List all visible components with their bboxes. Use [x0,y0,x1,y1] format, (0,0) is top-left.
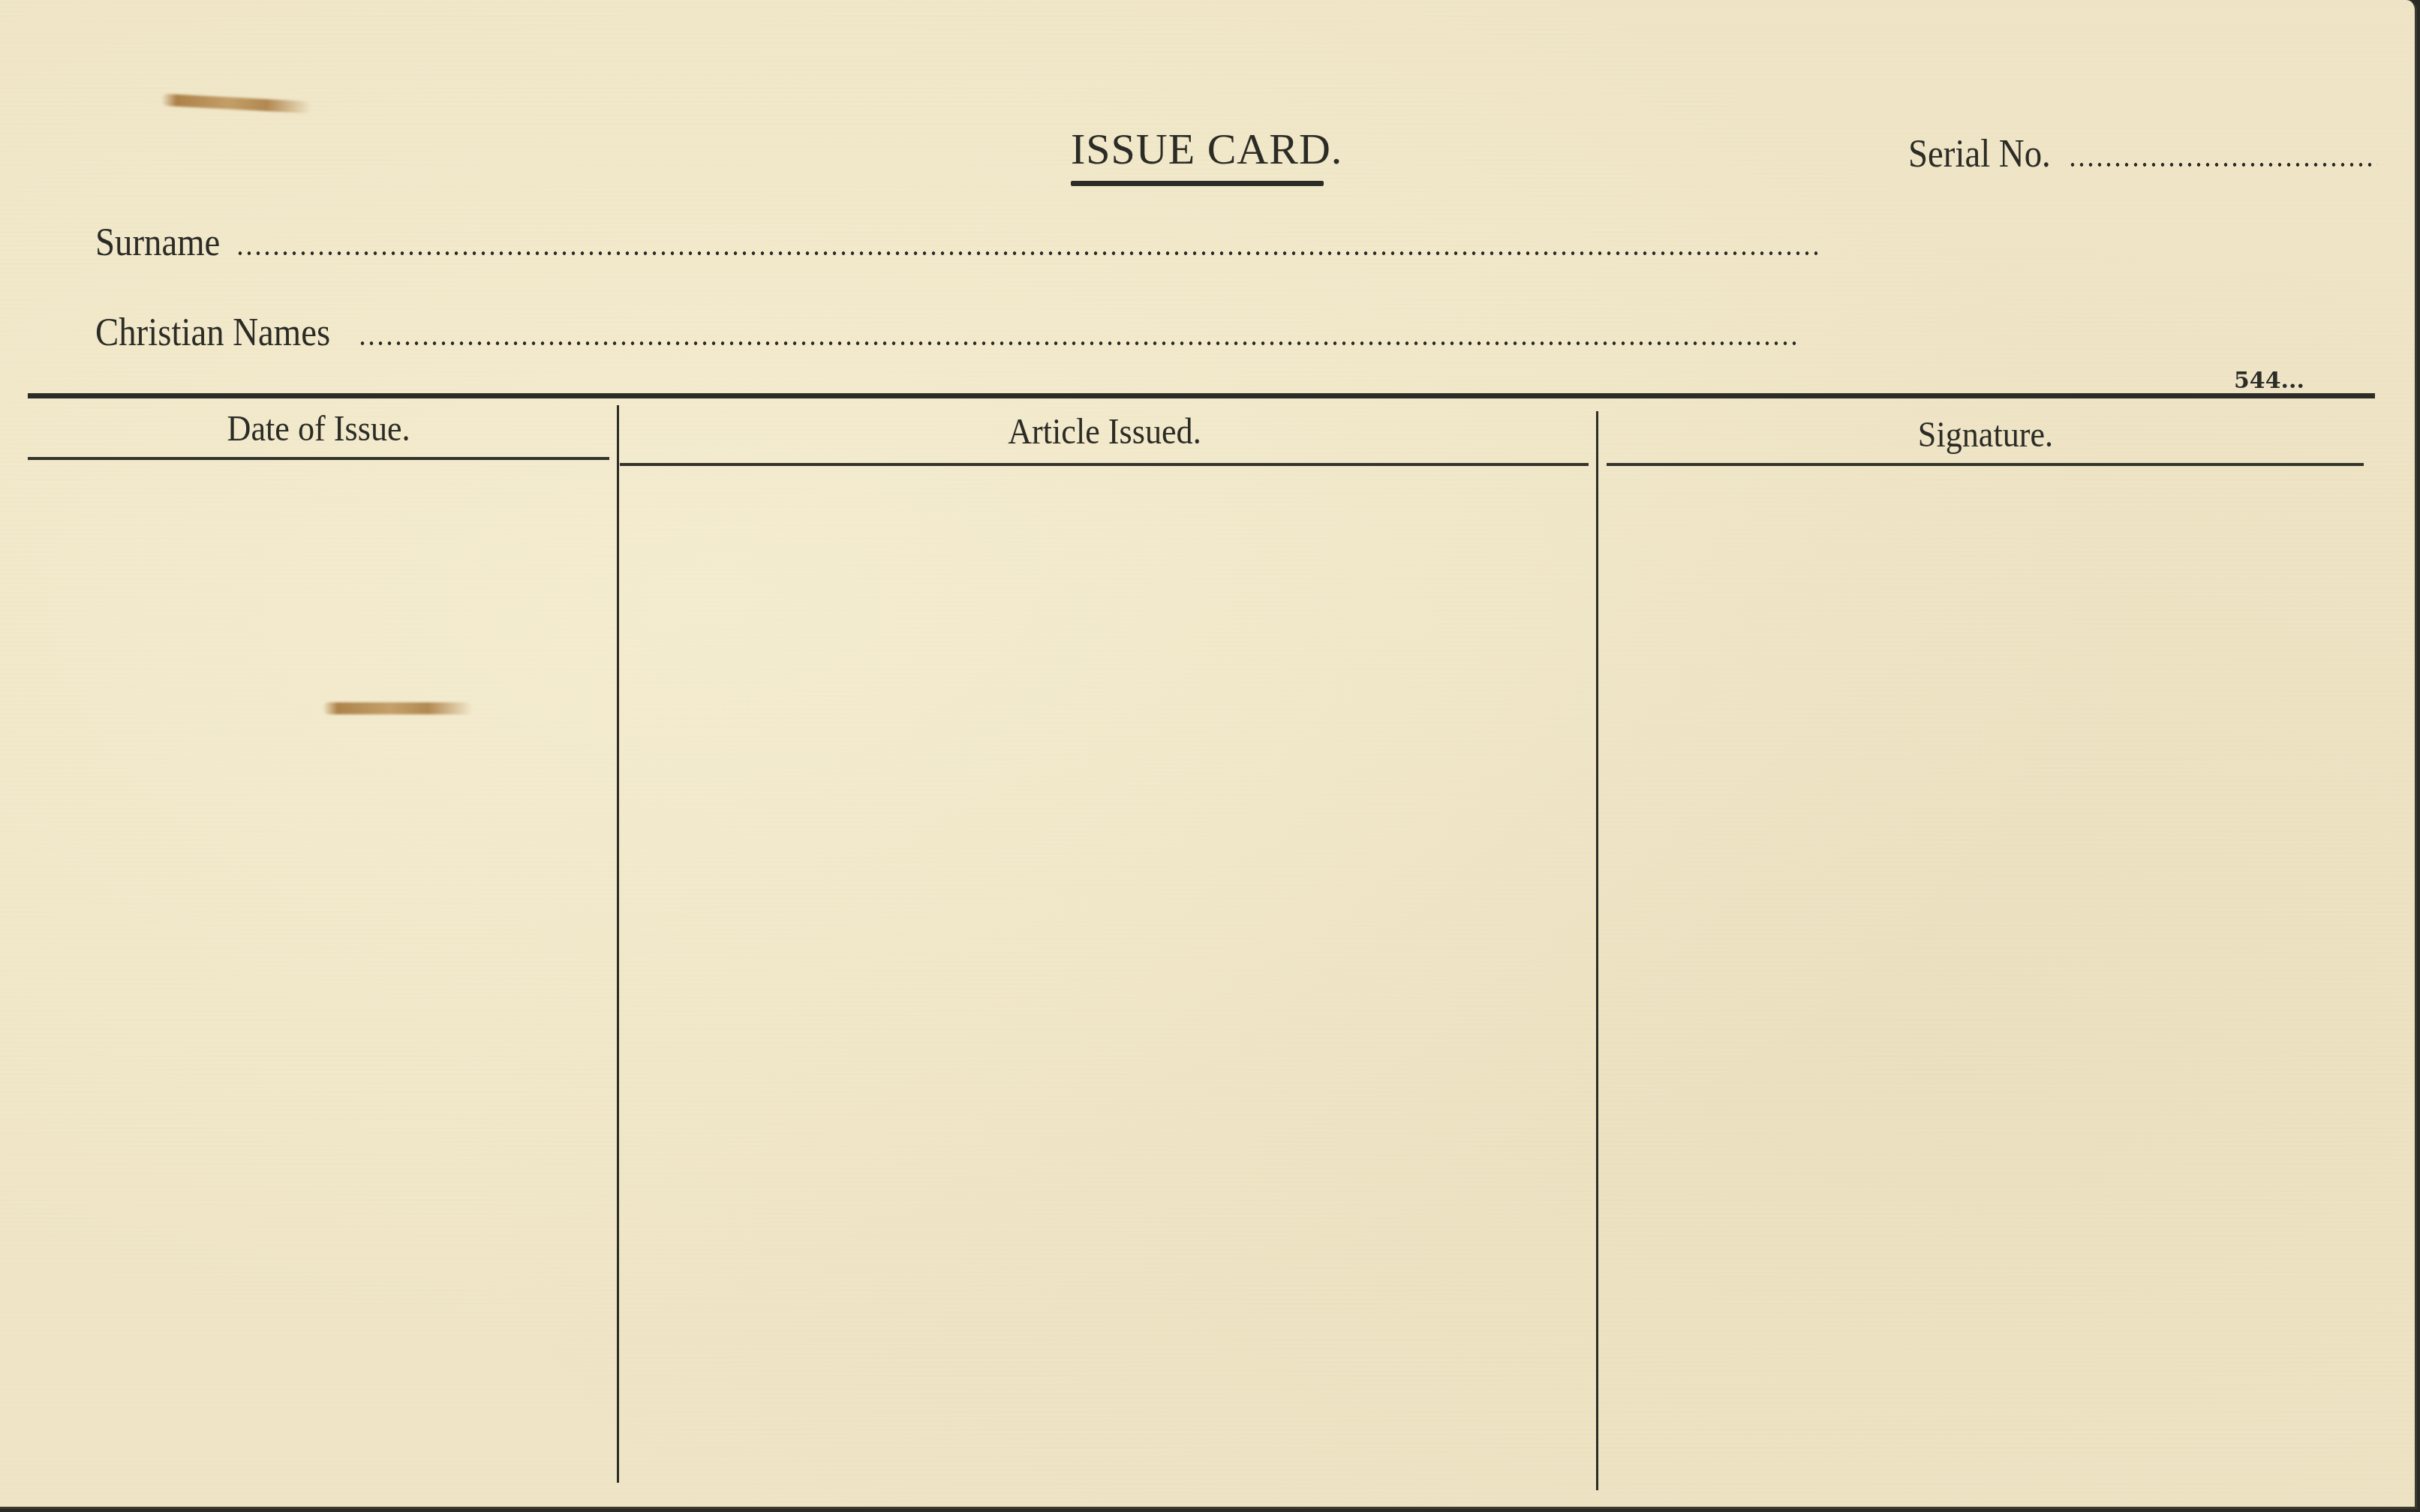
column-header-article-issued: Article Issued. [620,414,1589,450]
column-divider [617,405,619,1483]
column-rule [28,457,609,460]
column-header-label: Date of Issue. [227,411,410,447]
issue-card: ISSUE CARD. Serial No. Surname Christian… [0,0,2417,1509]
title-underline [1071,181,1324,186]
signature-column[interactable] [1601,469,2367,1482]
column-header-signature: Signature. [1607,417,2364,453]
card-title: ISSUE CARD. [1071,128,1342,171]
header-divider [28,393,2375,398]
column-header-date-of-issue: Date of Issue. [28,411,609,447]
serial-no-label: Serial No. [1908,135,2051,174]
christian-names-label: Christian Names [95,314,330,353]
column-header-label: Article Issued. [1008,414,1201,450]
surname-field[interactable]: Surname [95,224,1817,263]
column-header-label: Signature. [1917,417,2052,453]
surname-label: Surname [95,224,220,263]
column-rule [620,463,1589,466]
surname-dotted-line[interactable] [236,251,1817,255]
form-number: 544... [2234,368,2304,394]
christian-names-field[interactable]: Christian Names [95,314,1796,353]
rust-stain [161,94,312,113]
column-divider [1596,411,1598,1490]
serial-no-dotted-line[interactable] [2068,163,2377,167]
christian-names-dotted-line[interactable] [358,341,1796,345]
column-rule [1607,463,2364,466]
article-issued-column[interactable] [621,469,1593,1482]
date-of-issue-column[interactable] [28,469,613,1482]
serial-no-field[interactable]: Serial No. [1908,135,2377,174]
